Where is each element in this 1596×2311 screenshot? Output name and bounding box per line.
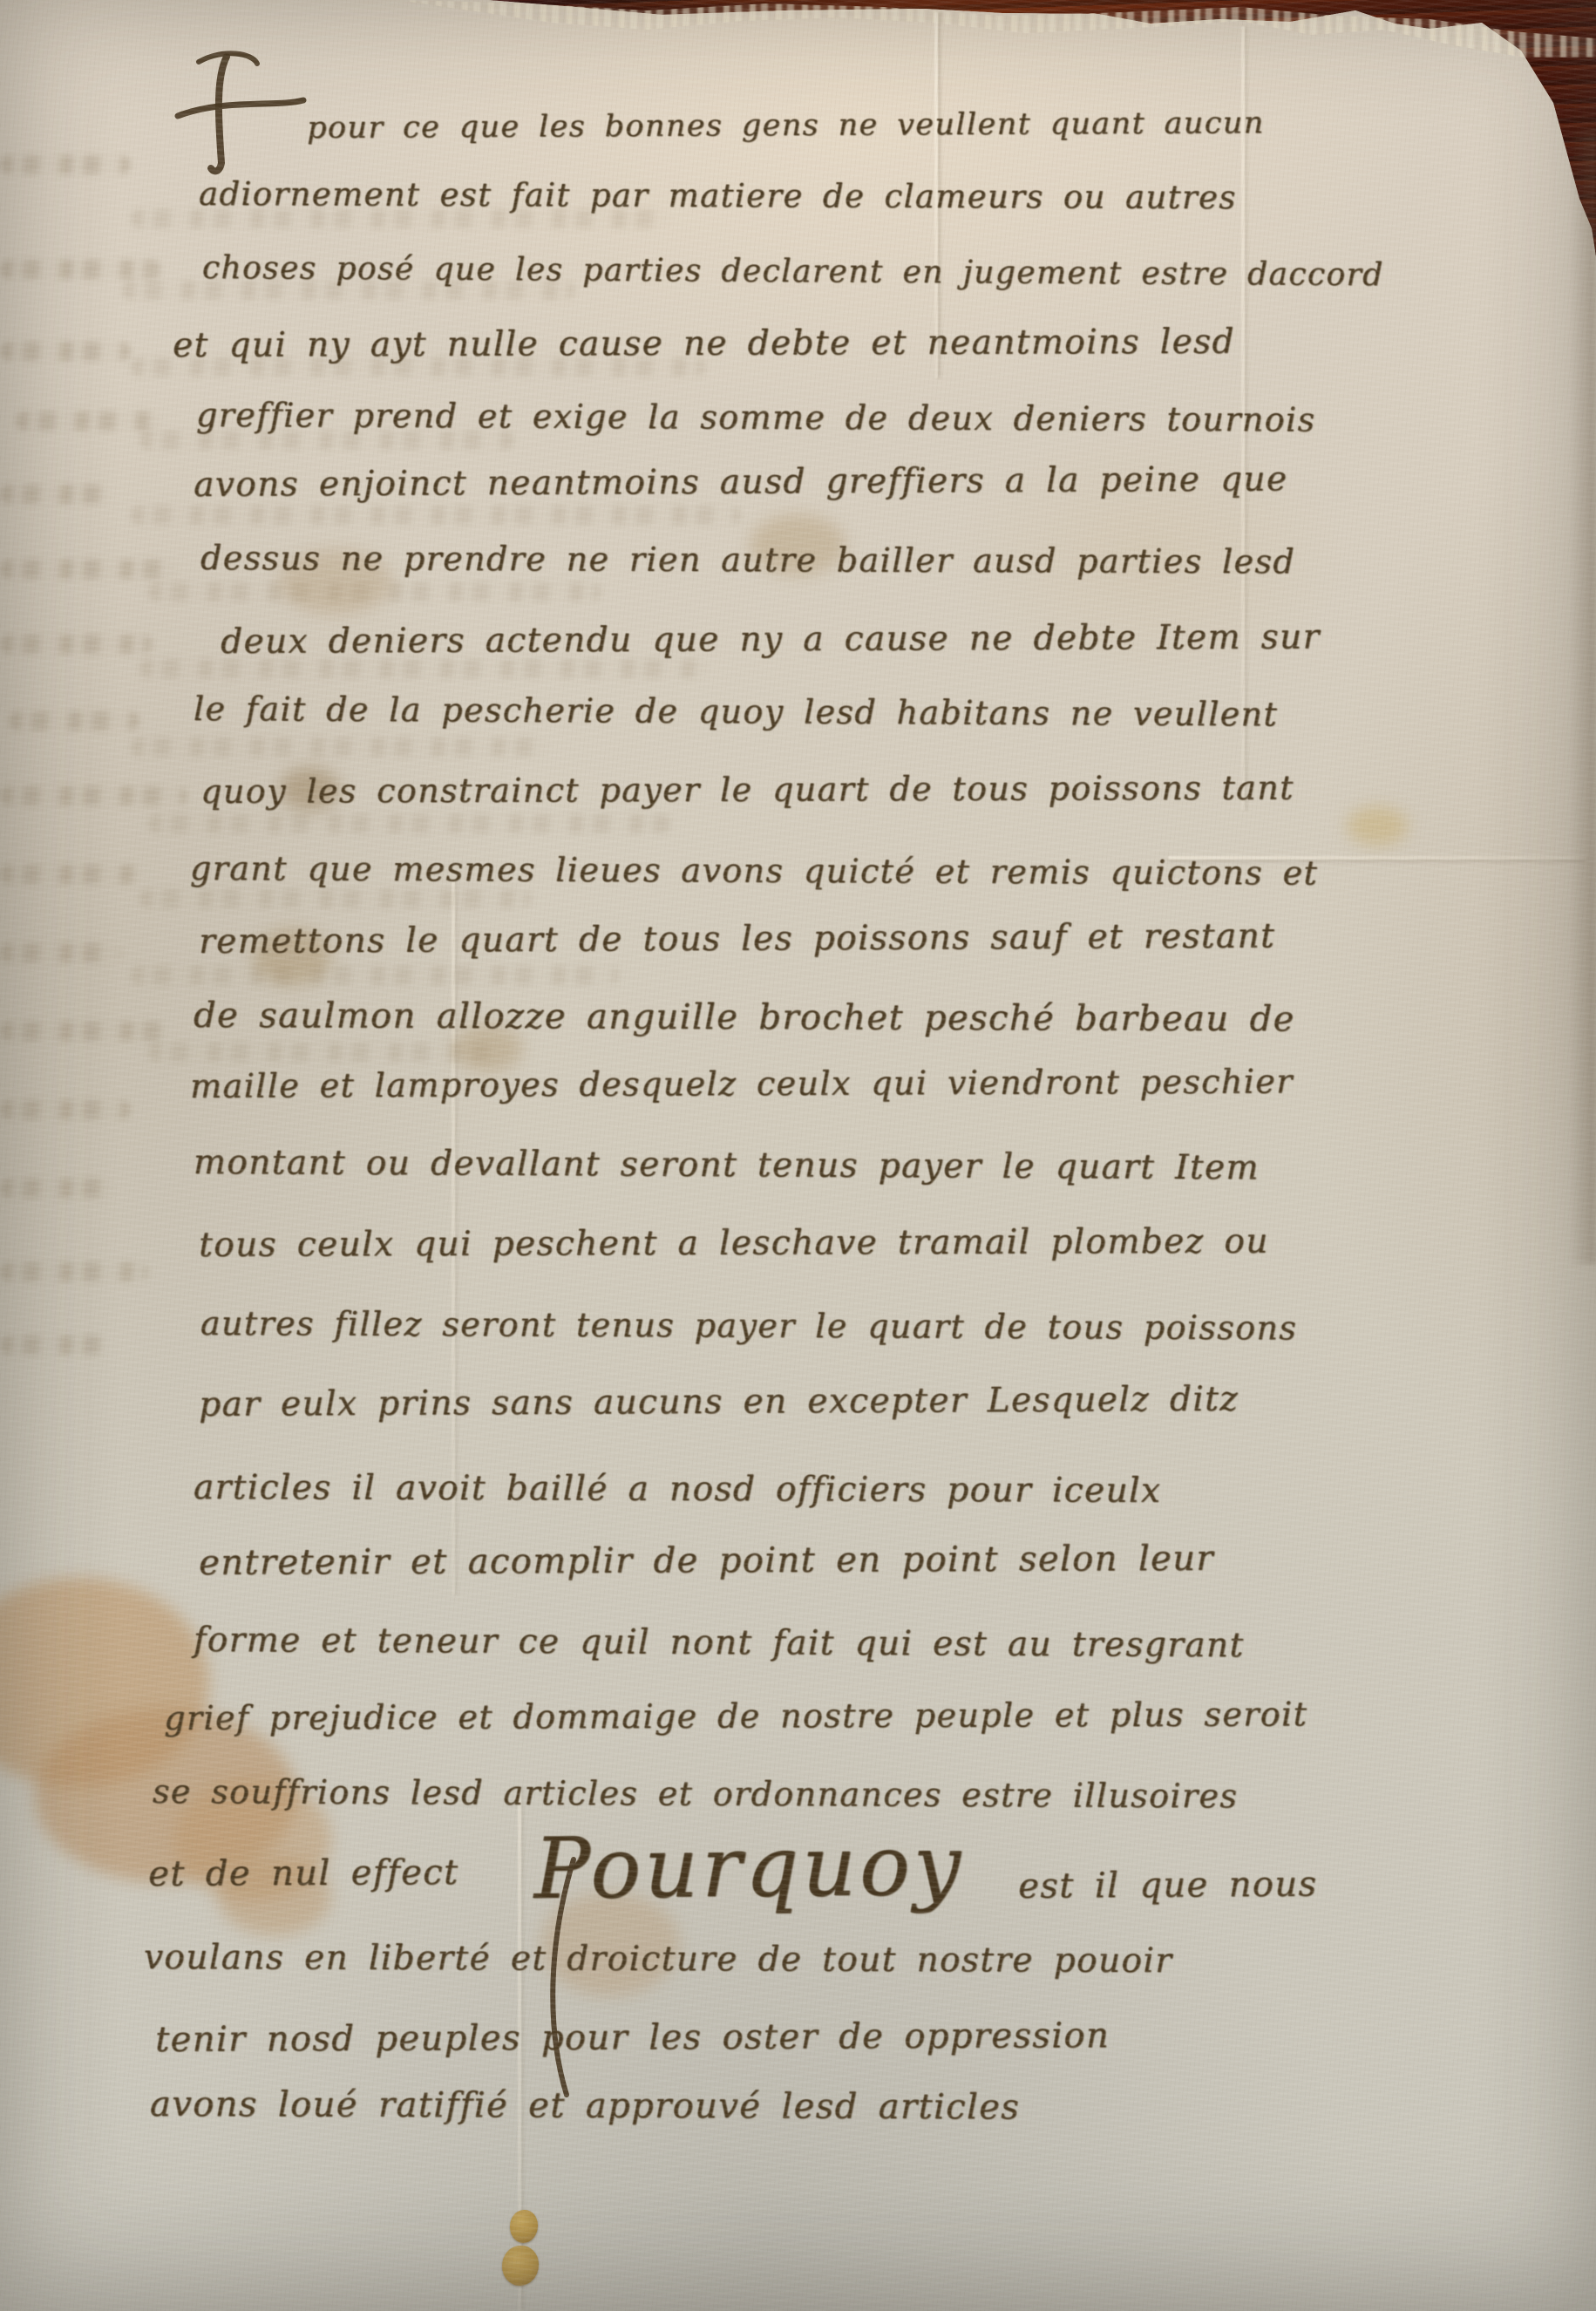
manuscript-line: articles il avoit baillé a nosd officier…	[194, 1470, 1161, 1511]
item-paraph-flourish	[173, 48, 312, 179]
manuscript-line: grief prejudice et dommaige de nostre pe…	[164, 1696, 1307, 1737]
manuscript-line: deux deniers actendu que ny a cause ne d…	[221, 619, 1321, 661]
manuscript-line: grant que mesmes lieues avons quicté et …	[190, 851, 1318, 892]
manuscript-line: choses posé que les parties declarent en…	[202, 251, 1384, 293]
manuscript-line: autres fillez seront tenus payer le quar…	[200, 1306, 1297, 1347]
manuscript-line-lead: et de nul effect	[148, 1853, 459, 1893]
manuscript-line: et qui ny ayt nulle cause ne debte et ne…	[173, 324, 1235, 365]
manuscript-line: se souffrions lesd articles et ordonnanc…	[153, 1774, 1238, 1815]
manuscript-line-tail: est il que nous	[1018, 1866, 1317, 1906]
manuscript-line: maille et lamproyes desquelz ceulx qui v…	[190, 1064, 1294, 1105]
manuscript-line: entretenir et acomplir de point en point…	[199, 1540, 1214, 1582]
manuscript-line: quoy les constrainct payer le quart de t…	[200, 771, 1294, 811]
manuscript-line: voulans en liberté et droicture de tout …	[144, 1940, 1172, 1981]
manuscript-line: avons loué ratiffié et approuvé lesd art…	[150, 2085, 1020, 2126]
manuscript-photo: pour ce que les bonnes gens ne veullent …	[0, 0, 1596, 2311]
manuscript-line: pour ce que les bonnes gens ne veullent …	[307, 106, 1265, 145]
manuscript-line: tenir nosd peuples pour les oster de opp…	[155, 2016, 1110, 2059]
manuscript-line: adiornement est fait par matiere de clam…	[199, 177, 1237, 216]
manuscript-line: le fait de la pescherie de quoy lesd hab…	[194, 691, 1278, 733]
manuscript-line: montant ou devallant seront tenus payer …	[194, 1145, 1260, 1187]
manuscript-line: par eulx prins sans aucuns en excepter L…	[199, 1382, 1239, 1424]
manuscript-line: avons enjoinct neantmoins ausd greffiers…	[194, 461, 1287, 504]
manuscript-line: tous ceulx qui peschent a leschave trama…	[199, 1224, 1269, 1265]
manuscript-line: forme et teneur ce quil nont fait qui es…	[194, 1622, 1245, 1665]
manuscript-line: remettons le quart de tous les poissons …	[199, 919, 1275, 962]
manuscript-line: greffier prend et exige la somme de deux…	[196, 398, 1316, 438]
manuscript-line: dessus ne prendre ne rien autre bailler …	[200, 540, 1295, 581]
manuscript-line: de saulmon allozze anguille brochet pesc…	[194, 996, 1295, 1038]
